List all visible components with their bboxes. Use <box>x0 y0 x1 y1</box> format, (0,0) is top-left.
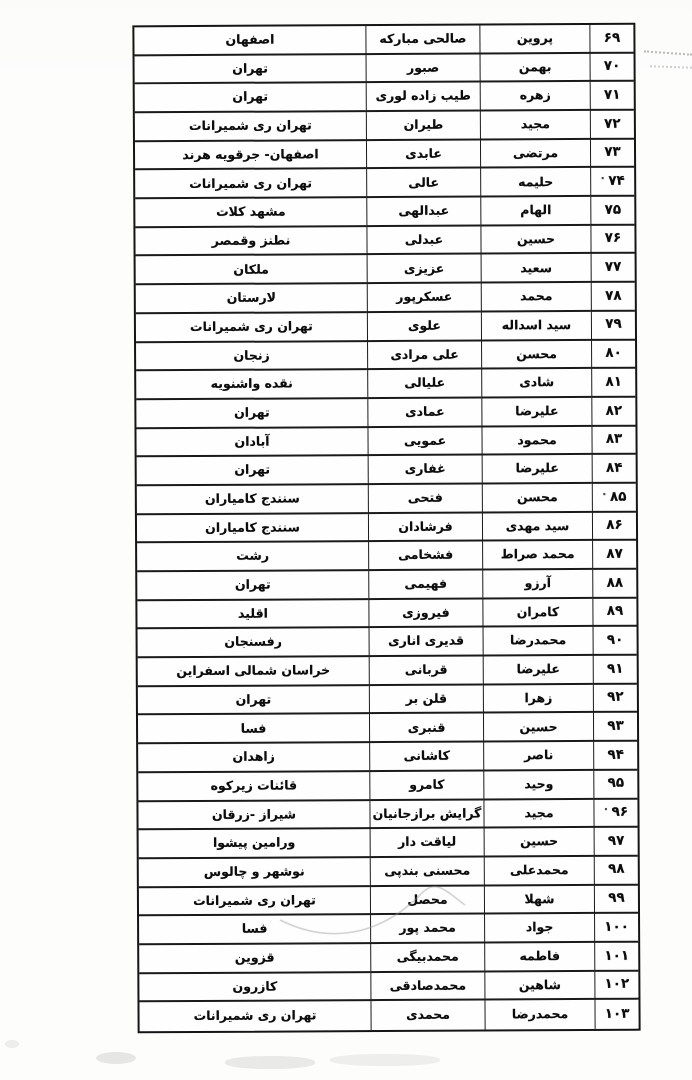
row-number-cell-text: ۸۷ <box>606 548 623 562</box>
scan-smudge <box>330 1054 440 1066</box>
city-cell: قائنات زیرکوه <box>138 772 369 802</box>
last-name-cell: عمادی <box>367 398 481 427</box>
city-cell: تهران ری شمیرانات <box>139 1001 370 1031</box>
last-name-cell: فرشادان <box>368 513 482 542</box>
row-number-cell-text: ۶۹ <box>604 31 621 45</box>
last-name-cell-text: عبدالهی <box>398 205 449 218</box>
last-name-cell: عبدالهی <box>366 198 480 227</box>
row-number-cell: ۱۰۲ <box>594 971 638 1000</box>
row-number-cell: ۱۰۳ <box>594 1000 638 1029</box>
city-cell-text: سنندج کامیاران <box>205 493 300 506</box>
city-cell: خراسان شمالی اسفراین <box>138 657 369 687</box>
first-name-cell: جواد <box>484 914 594 943</box>
city-cell: تهران <box>137 571 368 601</box>
row-number-cell: ۸۵· <box>592 484 636 513</box>
city-cell-text: شیراز -زرقان <box>212 808 296 821</box>
city-cell: نطنز وقمصر <box>135 227 366 257</box>
first-name-cell-text: وحید <box>524 778 553 791</box>
first-name-cell: کامران <box>482 599 592 628</box>
first-name-cell: محمدرضا <box>484 1000 594 1029</box>
first-name-cell-text: علیرضا <box>516 462 559 475</box>
first-name-cell-text: مرتضی <box>513 147 558 160</box>
first-name-cell-text: مجید <box>524 807 553 820</box>
city-cell: تهران <box>137 456 368 486</box>
first-name-cell: سعید <box>481 254 591 283</box>
city-cell: تهران ری شمیرانات <box>135 112 366 142</box>
row-number-cell-text: ۷۷ <box>605 261 622 275</box>
row-number-cell-text: ۱۰۳ <box>605 1008 630 1022</box>
city-cell-text: تهران <box>232 91 268 104</box>
city-cell-text: تهران ری شمیرانات <box>193 894 316 907</box>
row-number-cell-text: ۹۶ <box>612 806 629 820</box>
row-number-cell: ۱۰۰ <box>594 914 638 943</box>
row-number-cell: ۷۹ <box>591 312 635 341</box>
city-cell: تهران ری شمیرانات <box>139 887 370 917</box>
row-number-cell-text: ۱۰۱ <box>604 949 629 963</box>
first-name-cell-text: محسن <box>517 491 558 504</box>
scan-dot-mark: · <box>601 173 606 184</box>
city-cell: نوشهر و چالوس <box>139 858 370 888</box>
first-name-cell-text: حسین <box>519 721 557 734</box>
last-name-cell: علیالی <box>367 370 481 399</box>
first-name-cell: زهره <box>480 82 590 111</box>
first-name-cell-text: شهلا <box>524 893 554 906</box>
first-name-cell: وحید <box>483 771 593 800</box>
last-name-cell-text: گرایش برازجانیان <box>373 807 482 820</box>
row-number-cell-text: ۹۲ <box>607 691 624 705</box>
row-number-cell: ۱۰۱ <box>594 943 638 972</box>
row-number-cell: ۹۵ <box>593 771 637 800</box>
city-cell: مشهد کلات <box>135 198 366 228</box>
last-name-cell: محمدی <box>370 1001 484 1030</box>
row-number-cell-text: ۱۰۰ <box>604 921 629 935</box>
first-name-cell-text: الهام <box>520 204 551 217</box>
city-cell-text: نطنز وقمصر <box>212 234 291 247</box>
first-name-cell-text: محمود <box>517 434 556 447</box>
city-cell: رشت <box>137 542 368 572</box>
last-name-cell: طیب زاده لوری <box>366 83 480 112</box>
last-name-cell: صالحی مبارکه <box>365 26 479 55</box>
row-number-cell-text: ۷۳ <box>604 146 621 160</box>
row-number-cell: ۶۹ <box>589 25 633 54</box>
city-cell: لارستان <box>136 284 367 314</box>
first-name-cell-text: بهمن <box>519 61 552 74</box>
scan-noise-dots <box>644 50 692 55</box>
first-name-cell: سید اسداله <box>481 312 591 341</box>
row-number-cell-text: ۹۵ <box>608 777 625 791</box>
first-name-cell: الهام <box>480 197 590 226</box>
last-name-cell-text: قدیری اناری <box>388 635 464 648</box>
last-name-cell: قربانی <box>369 657 483 686</box>
last-name-cell: عسکرپور <box>367 284 481 313</box>
first-name-cell-text: علیرضا <box>517 663 560 676</box>
last-name-cell: فهیمی <box>368 571 482 600</box>
row-number-cell: ۹۰ <box>593 627 637 656</box>
records-table: ۶۹پروینصالحی مبارکهاصفهان۷۰بهمنصبورتهران… <box>132 23 640 1034</box>
city-cell-text: تهران <box>235 579 271 592</box>
row-number-cell-text: ۹۷ <box>608 835 625 849</box>
city-cell: سنندج کامیاران <box>137 514 368 544</box>
last-name-cell-text: غفاری <box>405 463 446 476</box>
first-name-cell: زهرا <box>483 685 593 714</box>
last-name-cell-text: عمادی <box>405 406 445 419</box>
last-name-cell-text: محمدی <box>406 1009 450 1022</box>
city-cell: تهران <box>136 399 367 429</box>
last-name-cell: عزیزی <box>367 255 481 284</box>
last-name-cell-text: قنبری <box>408 721 446 734</box>
last-name-cell: محمد پور <box>370 915 484 944</box>
last-name-cell-text: کاشانی <box>404 750 450 763</box>
row-number-cell-text: ۷۹ <box>605 318 622 332</box>
city-cell-text: رفسنجان <box>224 636 282 649</box>
city-cell: تهران ری شمیرانات <box>135 170 366 200</box>
last-name-cell: قنبری <box>369 714 483 743</box>
city-cell-text: زنجان <box>233 349 269 362</box>
first-name-cell: مجید <box>480 111 590 140</box>
city-cell-text: تهران ری شمیرانات <box>189 177 312 190</box>
city-cell-text: ملکان <box>233 263 269 276</box>
row-number-cell-text: ۱۰۲ <box>605 978 630 992</box>
city-cell: تهران <box>135 83 366 113</box>
first-name-cell: سید مهدی <box>482 513 592 542</box>
row-number-cell-text: ۹۹ <box>608 892 625 906</box>
row-number-cell: ۸۱ <box>591 369 635 398</box>
first-name-cell-text: سعید <box>520 262 552 275</box>
first-name-cell-text: ناصر <box>524 749 553 762</box>
row-number-cell: ۸۲ <box>591 398 635 427</box>
row-number-cell: ۸۹ <box>592 598 636 627</box>
first-name-cell: علیرضا <box>481 398 591 427</box>
city-cell: زاهدان <box>138 743 369 773</box>
last-name-cell: قلن بر <box>369 685 483 714</box>
last-name-cell-text: عبدلی <box>405 234 443 247</box>
last-name-cell: لیاقت دار <box>370 829 484 858</box>
first-name-cell-text: سید اسداله <box>502 319 571 332</box>
first-name-cell: محمدرضا <box>483 627 593 656</box>
row-number-cell: ۸۴ <box>592 455 636 484</box>
row-number-cell: ۹۴ <box>593 742 637 771</box>
city-cell-text: فسا <box>242 923 268 936</box>
city-cell-text: لارستان <box>227 292 276 305</box>
city-cell: زنجان <box>136 342 367 372</box>
city-cell: سنندج کامیاران <box>137 485 368 515</box>
row-number-cell: ۷۳ <box>590 139 634 168</box>
first-name-cell-text: سید مهدی <box>506 520 570 533</box>
city-cell: کازرون <box>139 973 370 1003</box>
city-cell-text: قائنات زیرکوه <box>211 779 298 792</box>
city-cell: ملکان <box>136 256 367 286</box>
last-name-cell-text: فشخامی <box>398 549 453 562</box>
scan-smudge <box>5 1040 19 1048</box>
city-cell: فسا <box>139 915 370 945</box>
row-number-cell-text: ۷۸ <box>605 290 622 304</box>
first-name-cell-text: محسن <box>516 348 557 361</box>
row-number-cell: ۸۰ <box>591 340 635 369</box>
row-number-cell-text: ۸۰ <box>605 347 622 361</box>
row-number-cell-text: ۸۵ <box>610 490 627 504</box>
first-name-cell: بهمن <box>480 54 590 83</box>
row-number-cell: ۷۰ <box>590 53 634 82</box>
city-cell: تهران ری شمیرانات <box>136 313 367 343</box>
last-name-cell-text: کامرو <box>409 779 444 792</box>
last-name-cell: صبور <box>366 54 480 83</box>
row-number-cell-text: ۷۱ <box>604 89 621 103</box>
city-cell-text: اقلید <box>238 607 268 620</box>
first-name-cell: محمود <box>481 427 591 456</box>
last-name-cell: محمدبیگی <box>370 943 484 972</box>
city-cell: اصفهان- جرقویه هرند <box>135 141 366 171</box>
last-name-cell-text: محسنی بندپی <box>384 865 470 878</box>
last-name-cell: کامرو <box>369 771 483 800</box>
scanned-page: ۶۹پروینصالحی مبارکهاصفهان۷۰بهمنصبورتهران… <box>0 0 692 1080</box>
last-name-cell-text: فتحی <box>408 492 443 505</box>
last-name-cell-text: عمویی <box>404 434 446 447</box>
row-number-cell: ۹۲ <box>593 684 637 713</box>
first-name-cell-text: محمد صراط <box>501 548 575 561</box>
last-name-cell-text: فیروزی <box>402 606 450 619</box>
row-number-cell-text: ۷۵ <box>605 203 622 217</box>
row-number-cell: ۷۴· <box>590 168 634 197</box>
row-number-cell-text: ۹۴ <box>607 748 624 762</box>
city-cell: فسا <box>138 715 369 745</box>
city-cell: اصفهان <box>134 26 365 56</box>
first-name-cell-text: محمدعلی <box>510 864 569 877</box>
last-name-cell-text: محمدصادقی <box>390 979 466 992</box>
last-name-cell: عمویی <box>367 427 481 456</box>
city-cell: قزوین <box>139 944 370 974</box>
last-name-cell: فتحی <box>368 484 482 513</box>
last-name-cell-text: علوی <box>408 320 441 333</box>
scan-noise-dots <box>650 65 692 68</box>
first-name-cell: محمد <box>481 283 591 312</box>
last-name-cell-text: قلن بر <box>406 693 447 706</box>
city-cell-text: مشهد کلات <box>216 206 286 219</box>
first-name-cell-text: زهرا <box>524 692 552 705</box>
first-name-cell: محمد صراط <box>482 541 592 570</box>
city-cell-text: کازرون <box>232 980 277 993</box>
last-name-cell-text: عزیزی <box>404 262 444 275</box>
city-cell: ورامین پیشوا <box>139 829 370 859</box>
row-number-cell: ۸۷ <box>592 541 636 570</box>
first-name-cell-text: فاطمه <box>519 950 560 963</box>
first-name-cell-text: مجید <box>521 118 550 131</box>
last-name-cell-text: محمد پور <box>399 922 456 935</box>
row-number-cell-text: ۹۰ <box>607 634 624 648</box>
first-name-cell: مرتضی <box>480 140 590 169</box>
row-number-cell: ۹۱ <box>593 656 637 685</box>
last-name-cell-text: طیب زاده لوری <box>376 90 471 103</box>
row-number-cell: ۷۱ <box>590 82 634 111</box>
city-cell: شیراز -زرقان <box>138 801 369 831</box>
city-cell-text: تهران <box>232 62 268 75</box>
city-cell-text: تهران ری شمیرانات <box>194 1010 317 1023</box>
row-number-cell-text: ۸۲ <box>606 404 623 418</box>
city-cell-text: سنندج کامیاران <box>205 521 300 534</box>
city-cell-text: تهران <box>234 464 270 477</box>
row-number-cell-text: ۷۴ <box>608 175 625 189</box>
last-name-cell: فیروزی <box>368 599 482 628</box>
last-name-cell-text: لیاقت دار <box>398 836 456 849</box>
last-name-cell: گرایش برازجانیان <box>369 800 483 829</box>
last-name-cell-text: فرشادان <box>398 520 452 533</box>
city-cell-text: نقده واشنویه <box>211 378 293 391</box>
city-cell-text: تهران ری شمیرانات <box>189 120 312 133</box>
last-name-cell: محصل <box>370 886 484 915</box>
first-name-cell: محمدعلی <box>484 857 594 886</box>
city-cell: تهران <box>138 686 369 716</box>
first-name-cell-text: علیرضا <box>515 405 558 418</box>
row-number-cell-text: ۸۳ <box>606 433 623 447</box>
row-number-cell-text: ۸۴ <box>606 462 623 476</box>
last-name-cell-text: عابدی <box>405 148 442 161</box>
first-name-cell: شاهین <box>484 972 594 1001</box>
city-cell-text: اصفهان- جرقویه هرند <box>182 148 318 161</box>
first-name-cell: ناصر <box>483 742 593 771</box>
city-cell-text: تهران ری شمیرانات <box>190 320 313 333</box>
first-name-cell-text: حسین <box>517 233 555 246</box>
row-number-cell: ۷۲ <box>590 111 634 140</box>
first-name-cell: محسن <box>481 340 591 369</box>
first-name-cell: شهلا <box>484 885 594 914</box>
first-name-cell: فاطمه <box>484 943 594 972</box>
row-number-cell: ۹۷ <box>594 828 638 857</box>
city-cell: رفسنجان <box>138 628 369 658</box>
last-name-cell-text: علی مرادی <box>390 348 458 361</box>
first-name-cell-text: پروین <box>517 32 553 45</box>
first-name-cell-text: شاهین <box>519 979 561 992</box>
first-name-cell-text: کامران <box>517 606 560 619</box>
city-cell: تهران <box>135 55 366 85</box>
row-number-cell-text: ۸۶ <box>606 519 623 533</box>
city-cell-text: آبادان <box>234 435 269 448</box>
row-number-cell-text: ۹۳ <box>607 720 624 734</box>
row-number-cell: ۹۹ <box>594 885 638 914</box>
last-name-cell-text: فهیمی <box>404 578 447 591</box>
city-cell-text: نوشهر و چالوس <box>204 865 305 878</box>
last-name-cell: عالی <box>366 169 480 198</box>
city-cell-text: تهران <box>234 407 270 420</box>
row-number-cell: ۷۷ <box>591 254 635 283</box>
last-name-cell-text: صالحی مبارکه <box>379 33 466 46</box>
first-name-cell: حسین <box>484 828 594 857</box>
last-name-cell-text: عسکرپور <box>396 291 452 304</box>
row-number-cell-text: ۷۶ <box>605 232 622 246</box>
row-number-cell: ۹۶· <box>593 799 637 828</box>
city-cell-text: خراسان شمالی اسفراین <box>176 664 330 677</box>
last-name-cell: قدیری اناری <box>369 628 483 657</box>
scan-dot-mark: · <box>604 804 609 815</box>
first-name-cell-text: جواد <box>526 921 554 934</box>
row-number-cell: ۸۸ <box>592 570 636 599</box>
row-number-cell-text: ۸۹ <box>607 605 624 619</box>
first-name-cell: علیرضا <box>482 455 592 484</box>
first-name-cell-text: حلیمه <box>518 176 553 189</box>
last-name-cell-text: علیالی <box>404 377 445 390</box>
last-name-cell: علی مرادی <box>367 341 481 370</box>
first-name-cell: حسین <box>480 226 590 255</box>
last-name-cell: عبدلی <box>366 226 480 255</box>
row-number-cell: ۹۳ <box>593 713 637 742</box>
first-name-cell: محسن <box>482 484 592 513</box>
first-name-cell: علیرضا <box>483 656 593 685</box>
first-name-cell: آرزو <box>482 570 592 599</box>
first-name-cell-text: محمدرضا <box>510 635 566 648</box>
row-number-cell-text: ۹۱ <box>607 662 624 676</box>
scan-dot-mark: · <box>602 489 607 500</box>
city-cell-text: قزوین <box>235 952 275 965</box>
row-number-cell-text: ۹۸ <box>608 863 625 877</box>
first-name-cell: مجید <box>483 799 593 828</box>
first-name-cell-text: زهره <box>520 90 551 103</box>
row-number-cell: ۸۶ <box>592 512 636 541</box>
last-name-cell: علوی <box>367 312 481 341</box>
last-name-cell: کاشانی <box>369 743 483 772</box>
row-number-cell-text: ۷۲ <box>604 117 621 131</box>
first-name-cell: حلیمه <box>480 168 590 197</box>
last-name-cell: عابدی <box>366 140 480 169</box>
first-name-cell-text: شادی <box>519 376 554 389</box>
city-cell: آبادان <box>136 428 367 458</box>
city-cell: نقده واشنویه <box>136 370 367 400</box>
city-cell-text: زاهدان <box>233 751 275 764</box>
row-number-cell: ۸۳ <box>591 426 635 455</box>
row-number-cell-text: ۷۰ <box>604 60 621 74</box>
row-number-cell: ۷۶ <box>590 225 634 254</box>
first-name-cell: حسین <box>483 713 593 742</box>
last-name-cell: محسنی بندپی <box>370 857 484 886</box>
row-number-cell-text: ۸۱ <box>605 376 622 390</box>
last-name-cell: محمدصادقی <box>370 972 484 1001</box>
first-name-cell: پروین <box>479 25 589 54</box>
last-name-cell: فشخامی <box>368 542 482 571</box>
first-name-cell-text: محمدرضا <box>512 1008 568 1021</box>
last-name-cell-text: محصل <box>407 893 447 906</box>
city-cell-text: اصفهان <box>225 34 274 47</box>
row-number-cell: ۷۸ <box>591 283 635 312</box>
row-number-cell-text: ۸۸ <box>607 576 624 590</box>
row-number-cell: ۹۸ <box>594 857 638 886</box>
first-name-cell-text: محمد <box>520 290 552 303</box>
city-cell-text: رشت <box>236 550 269 563</box>
city-cell-text: تهران <box>236 693 272 706</box>
last-name-cell-text: محمدبیگی <box>397 951 459 964</box>
scan-smudge <box>225 1056 315 1069</box>
first-name-cell-text: حسین <box>520 835 558 848</box>
scan-smudge <box>96 1052 136 1064</box>
last-name-cell-text: عالی <box>408 176 439 189</box>
first-name-cell-text: آرزو <box>525 577 552 590</box>
city-cell-text: ورامین پیشوا <box>213 837 295 850</box>
first-name-cell: شادی <box>481 369 591 398</box>
last-name-cell-text: قربانی <box>405 664 448 677</box>
last-name-cell-text: صبور <box>407 61 439 74</box>
last-name-cell: طیران <box>366 112 480 141</box>
city-cell: اقلید <box>137 600 368 630</box>
last-name-cell: غفاری <box>368 456 482 485</box>
row-number-cell: ۷۵ <box>590 197 634 226</box>
last-name-cell-text: طیران <box>404 119 444 132</box>
city-cell-text: فسا <box>241 722 267 735</box>
